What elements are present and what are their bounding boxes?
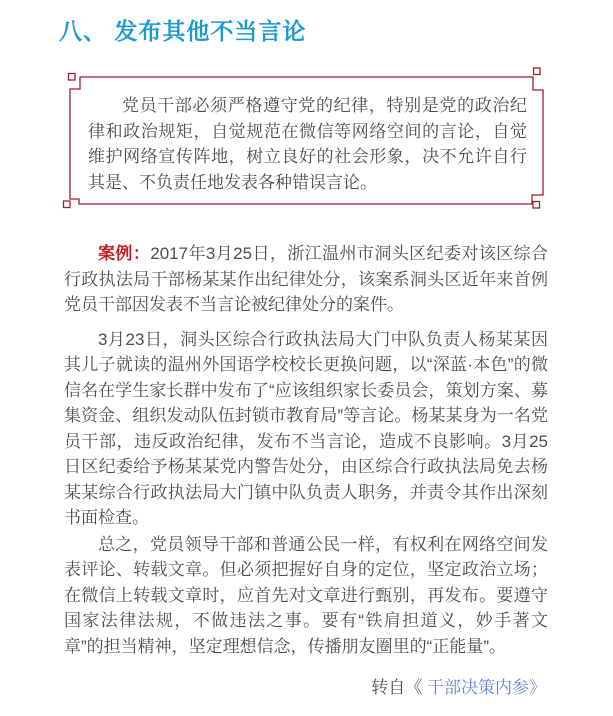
paragraph-summary: 总之，党员领导干部和普通公民一样，有权利在网络空间发表评论、转载文章。但必须把握… (64, 532, 548, 660)
quote-box: 党员干部必须严格遵守党的纪律，特别是党的政治纪律和政治规矩，自觉规范在微信等网络… (70, 77, 543, 204)
case-label: 案例： (98, 244, 150, 263)
paragraph-detail: 3月23日，洞头区综合行政执法局大门中队负责人杨某某因其儿子就读的温州外国语学校… (64, 327, 548, 531)
source-attribution: 转自《 干部决策内参》 (0, 676, 546, 700)
corner-square-top-right (534, 68, 541, 75)
corner-square-bottom-right (533, 202, 540, 209)
corner-square-top-left (69, 74, 76, 81)
quote-box-text: 党员干部必须严格遵守党的纪律，特别是党的政治纪律和政治规矩，自觉规范在微信等网络… (88, 93, 527, 195)
page-title: 八、 发布其他不当言论 (0, 0, 613, 46)
source-attribution-prefix: 转自《 (371, 678, 427, 697)
article-page: 八、 发布其他不当言论 党员干部必须严格遵守党的纪律，特别是党的政治纪律和政治规… (0, 0, 613, 716)
corner-square-bottom-left (64, 201, 71, 208)
source-title-link[interactable]: 干部决策内参》 (427, 678, 546, 697)
paragraph-case: 案例：2017年3月25日，浙江温州市洞头区纪委对该区综合行政执法局干部杨某某作… (64, 241, 548, 318)
